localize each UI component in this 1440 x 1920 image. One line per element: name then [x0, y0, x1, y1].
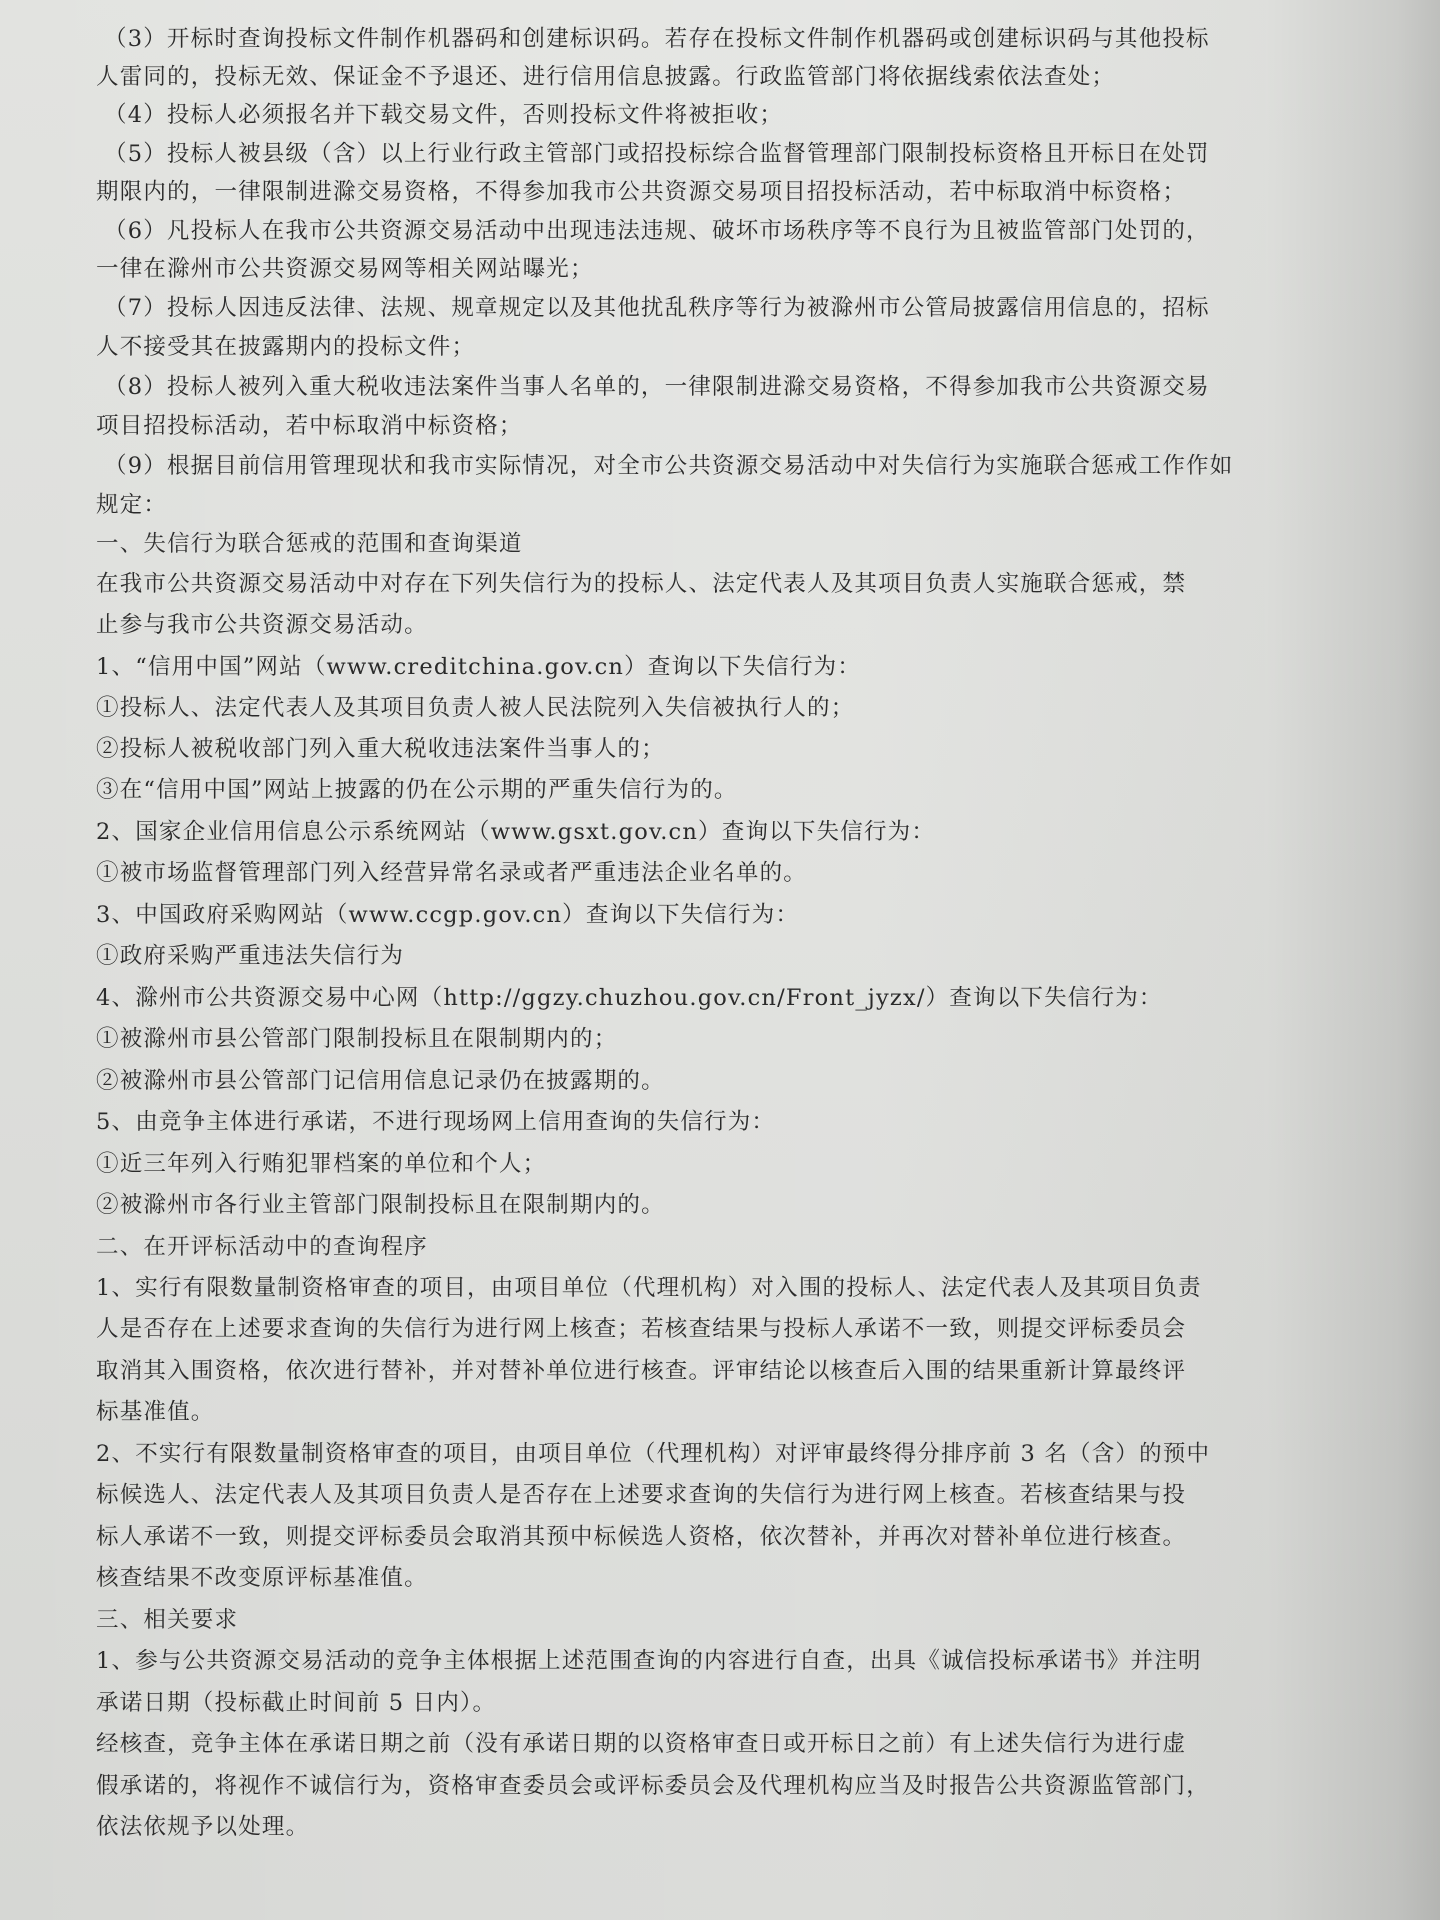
text-line: ①被市场监督管理部门列入经营异常名录或者严重违法企业名单的。	[96, 862, 807, 885]
text-line: （5）投标人被县级（含）以上行业行政主管部门或招投标综合监督管理部门限制投标资格…	[104, 143, 1210, 166]
text-line: ①近三年列入行贿犯罪档案的单位和个人；	[96, 1153, 546, 1176]
text-line: 人不接受其在披露期内的投标文件；	[96, 336, 475, 359]
text-line: 假承诺的，将视作不诚信行为，资格审查委员会或评标委员会及代理机构应当及时报告公共…	[96, 1775, 1210, 1798]
text-line: 取消其入围资格，依次进行替补，并对替补单位进行核查。评审结论以核查后入围的结果重…	[96, 1360, 1186, 1383]
text-line: 2、国家企业信用信息公示系统网站（www.gsxt.gov.cn）查询以下失信行…	[96, 821, 935, 844]
text-line: 经核查，竞争主体在承诺日期之前（没有承诺日期的以资格审查日或开标日之前）有上述失…	[96, 1733, 1186, 1756]
text-line: 标基准值。	[96, 1401, 215, 1424]
text-line: （8）投标人被列入重大税收违法案件当事人名单的，一律限制进滁交易资格，不得参加我…	[104, 376, 1210, 399]
text-line: （6）凡投标人在我市公共资源交易活动中出现违法违规、破坏市场秩序等不良行为且被监…	[104, 220, 1210, 243]
text-line: ①政府采购严重违法失信行为	[96, 945, 404, 968]
text-line: （7）投标人因违反法律、法规、规章规定以及其他扰乱秩序等行为被滁州市公管局披露信…	[104, 297, 1210, 320]
text-line: 3、中国政府采购网站（www.ccgp.gov.cn）查询以下失信行为：	[96, 904, 799, 927]
text-line: 期限内的，一律限制进滁交易资格，不得参加我市公共资源交易项目招投标活动，若中标取…	[96, 181, 1186, 204]
text-line: 承诺日期（投标截止时间前 5 日内）。	[96, 1692, 496, 1715]
text-line: 在我市公共资源交易活动中对存在下列失信行为的投标人、法定代表人及其项目负责人实施…	[96, 573, 1186, 596]
text-line: ②投标人被税收部门列入重大税收违法案件当事人的；	[96, 738, 665, 761]
text-line: 标人承诺不一致，则提交评标委员会取消其预中标候选人资格，依次替补，并再次对替补单…	[96, 1526, 1186, 1549]
text-line: 1、“信用中国”网站（www.creditchina.gov.cn）查询以下失信…	[96, 656, 861, 679]
text-line: （4）投标人必须报名并下载交易文件，否则投标文件将被拒收；	[104, 104, 783, 127]
text-line: 标候选人、法定代表人及其项目负责人是否存在上述要求查询的失信行为进行网上核查。若…	[96, 1484, 1186, 1507]
text-line: （3）开标时查询投标文件制作机器码和创建标识码。若存在投标文件制作机器码或创建标…	[104, 28, 1210, 51]
section-heading: 三、相关要求	[96, 1609, 238, 1632]
text-line: ②被滁州市县公管部门记信用信息记录仍在披露期的。	[96, 1070, 665, 1093]
document-page: （3）开标时查询投标文件制作机器码和创建标识码。若存在投标文件制作机器码或创建标…	[0, 0, 1440, 1920]
text-line: 止参与我市公共资源交易活动。	[96, 614, 428, 637]
text-line: 4、滁州市公共资源交易中心网（http://ggzy.chuzhou.gov.c…	[96, 987, 1163, 1010]
text-line: 1、实行有限数量制资格审查的项目，由项目单位（代理机构）对入围的投标人、法定代表…	[96, 1277, 1202, 1300]
text-line: 一律在滁州市公共资源交易网等相关网站曝光；	[96, 258, 594, 281]
text-line: （9）根据目前信用管理现状和我市实际情况，对全市公共资源交易活动中对失信行为实施…	[104, 455, 1233, 478]
text-line: ②被滁州市各行业主管部门限制投标且在限制期内的。	[96, 1194, 665, 1217]
text-line: 规定：	[96, 494, 167, 517]
section-heading: 一、失信行为联合惩戒的范围和查询渠道	[96, 533, 523, 556]
section-heading: 二、在开评标活动中的查询程序	[96, 1236, 428, 1259]
text-line: 人是否存在上述要求查询的失信行为进行网上核查；若核查结果与投标人承诺不一致，则提…	[96, 1318, 1186, 1341]
text-line: ①投标人、法定代表人及其项目负责人被人民法院列入失信被执行人的；	[96, 697, 854, 720]
text-line: 项目招投标活动，若中标取消中标资格；	[96, 415, 523, 438]
text-line: 5、由竞争主体进行承诺，不进行现场网上信用查询的失信行为：	[96, 1111, 775, 1134]
text-line: ①被滁州市县公管部门限制投标且在限制期内的；	[96, 1028, 617, 1051]
text-line: 2、不实行有限数量制资格审查的项目，由项目单位（代理机构）对评审最终得分排序前 …	[96, 1443, 1210, 1466]
text-line: 核查结果不改变原评标基准值。	[96, 1567, 428, 1590]
text-line: 人雷同的，投标无效、保证金不予退还、进行信用信息披露。行政监管部门将依据线索依法…	[96, 66, 1115, 89]
text-line: ③在“信用中国”网站上披露的仍在公示期的严重失信行为的。	[96, 779, 738, 802]
text-line: 1、参与公共资源交易活动的竞争主体根据上述范围查询的内容进行自查，出具《诚信投标…	[96, 1650, 1202, 1673]
text-line: 依法依规予以处理。	[96, 1816, 309, 1839]
